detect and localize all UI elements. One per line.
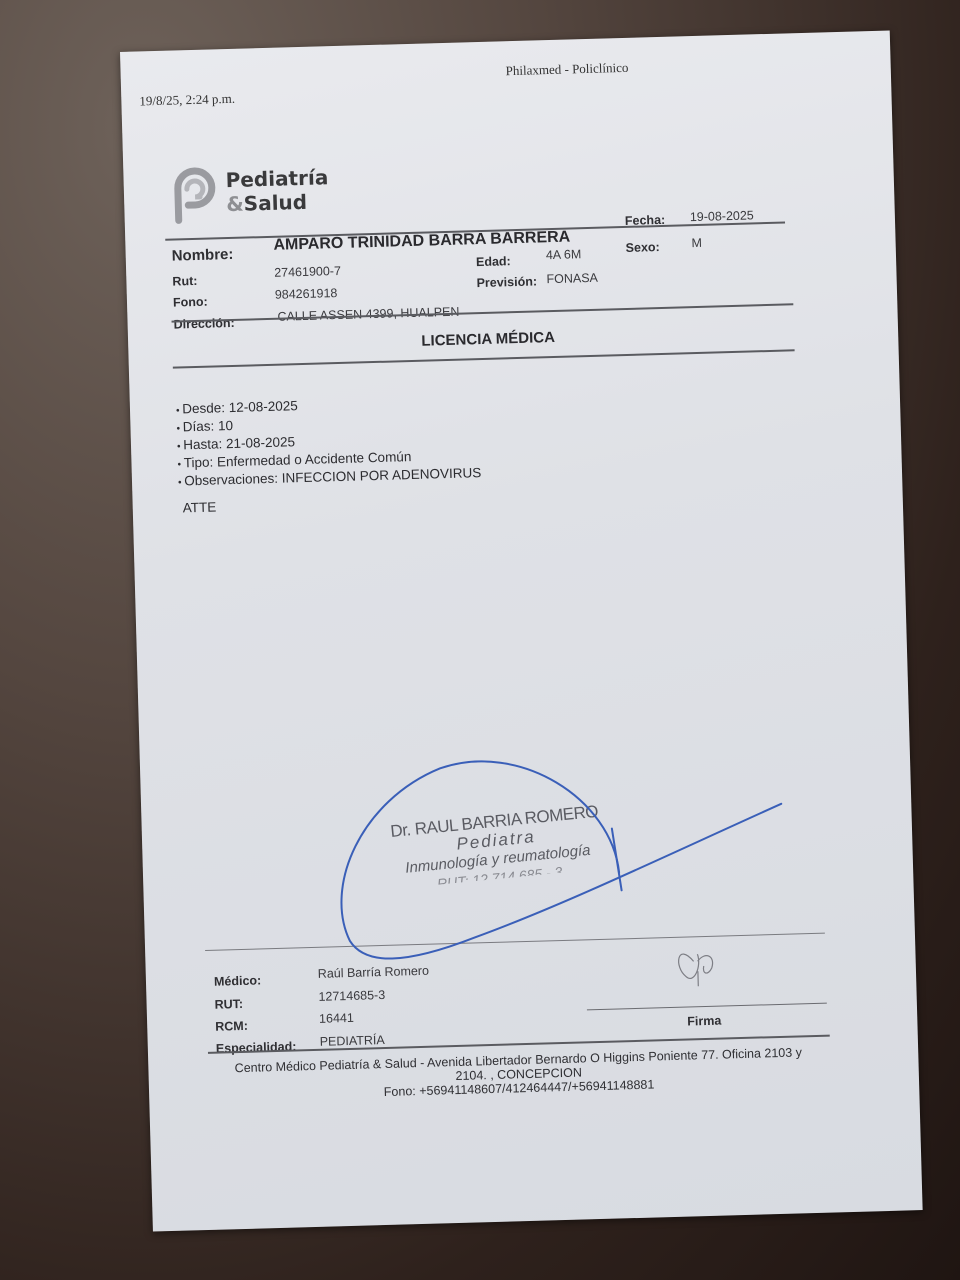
sexo-value: M	[691, 236, 702, 250]
logo-line-2: Salud	[243, 190, 307, 216]
sexo-label: Sexo:	[625, 240, 659, 255]
fecha-label: Fecha:	[625, 213, 666, 228]
rut-label: Rut:	[172, 274, 197, 289]
medico-value: Raúl Barría Romero	[318, 964, 430, 981]
edad-label: Edad:	[476, 254, 511, 269]
fecha-value: 19-08-2025	[690, 208, 754, 224]
print-clinic-name: Philaxmed - Policlínico	[505, 60, 628, 79]
license-details: Desde: 12-08-2025 Días: 10 Hasta: 21-08-…	[176, 393, 482, 491]
rcm-value: 16441	[319, 1011, 354, 1026]
prevision-label: Previsión:	[476, 274, 537, 290]
clinic-logo: Pediatría &Salud	[169, 158, 329, 224]
logo-line-1: Pediatría	[225, 165, 328, 192]
nombre-label: Nombre:	[171, 246, 233, 265]
patient-divider	[172, 303, 794, 322]
pediatria-salud-logo-icon	[169, 161, 217, 224]
doctor-rut-label: RUT:	[214, 997, 243, 1012]
logo-ampersand: &	[226, 192, 244, 216]
medico-label: Médico:	[214, 973, 262, 988]
edad-value: 4A 6M	[546, 247, 582, 262]
doctor-divider	[205, 933, 825, 951]
prevision-value: FONASA	[546, 271, 598, 286]
doctor-rut-value: 12714685-3	[318, 988, 385, 1004]
closing-text: ATTE	[183, 499, 217, 515]
rcm-label: RCM:	[215, 1019, 248, 1034]
handwritten-firma	[678, 953, 713, 986]
firma-label: Firma	[687, 1014, 721, 1029]
doctor-stamp: Dr. RAUL BARRIA ROMERO Pediatra Inmunolo…	[390, 802, 604, 889]
fono-label: Fono:	[173, 295, 208, 310]
patient-name: AMPARO TRINIDAD BARRA BARRERA	[273, 229, 570, 255]
clinic-footer: Centro Médico Pediatría & Salud - Avenid…	[208, 1045, 829, 1104]
medical-license-document: 19/8/25, 2:24 p.m. Philaxmed - Policlíni…	[120, 31, 923, 1232]
firma-line	[587, 1003, 827, 1011]
print-timestamp: 19/8/25, 2:24 p.m.	[139, 91, 235, 110]
rut-value: 27461900-7	[274, 264, 341, 280]
fono-value: 984261918	[275, 286, 338, 302]
